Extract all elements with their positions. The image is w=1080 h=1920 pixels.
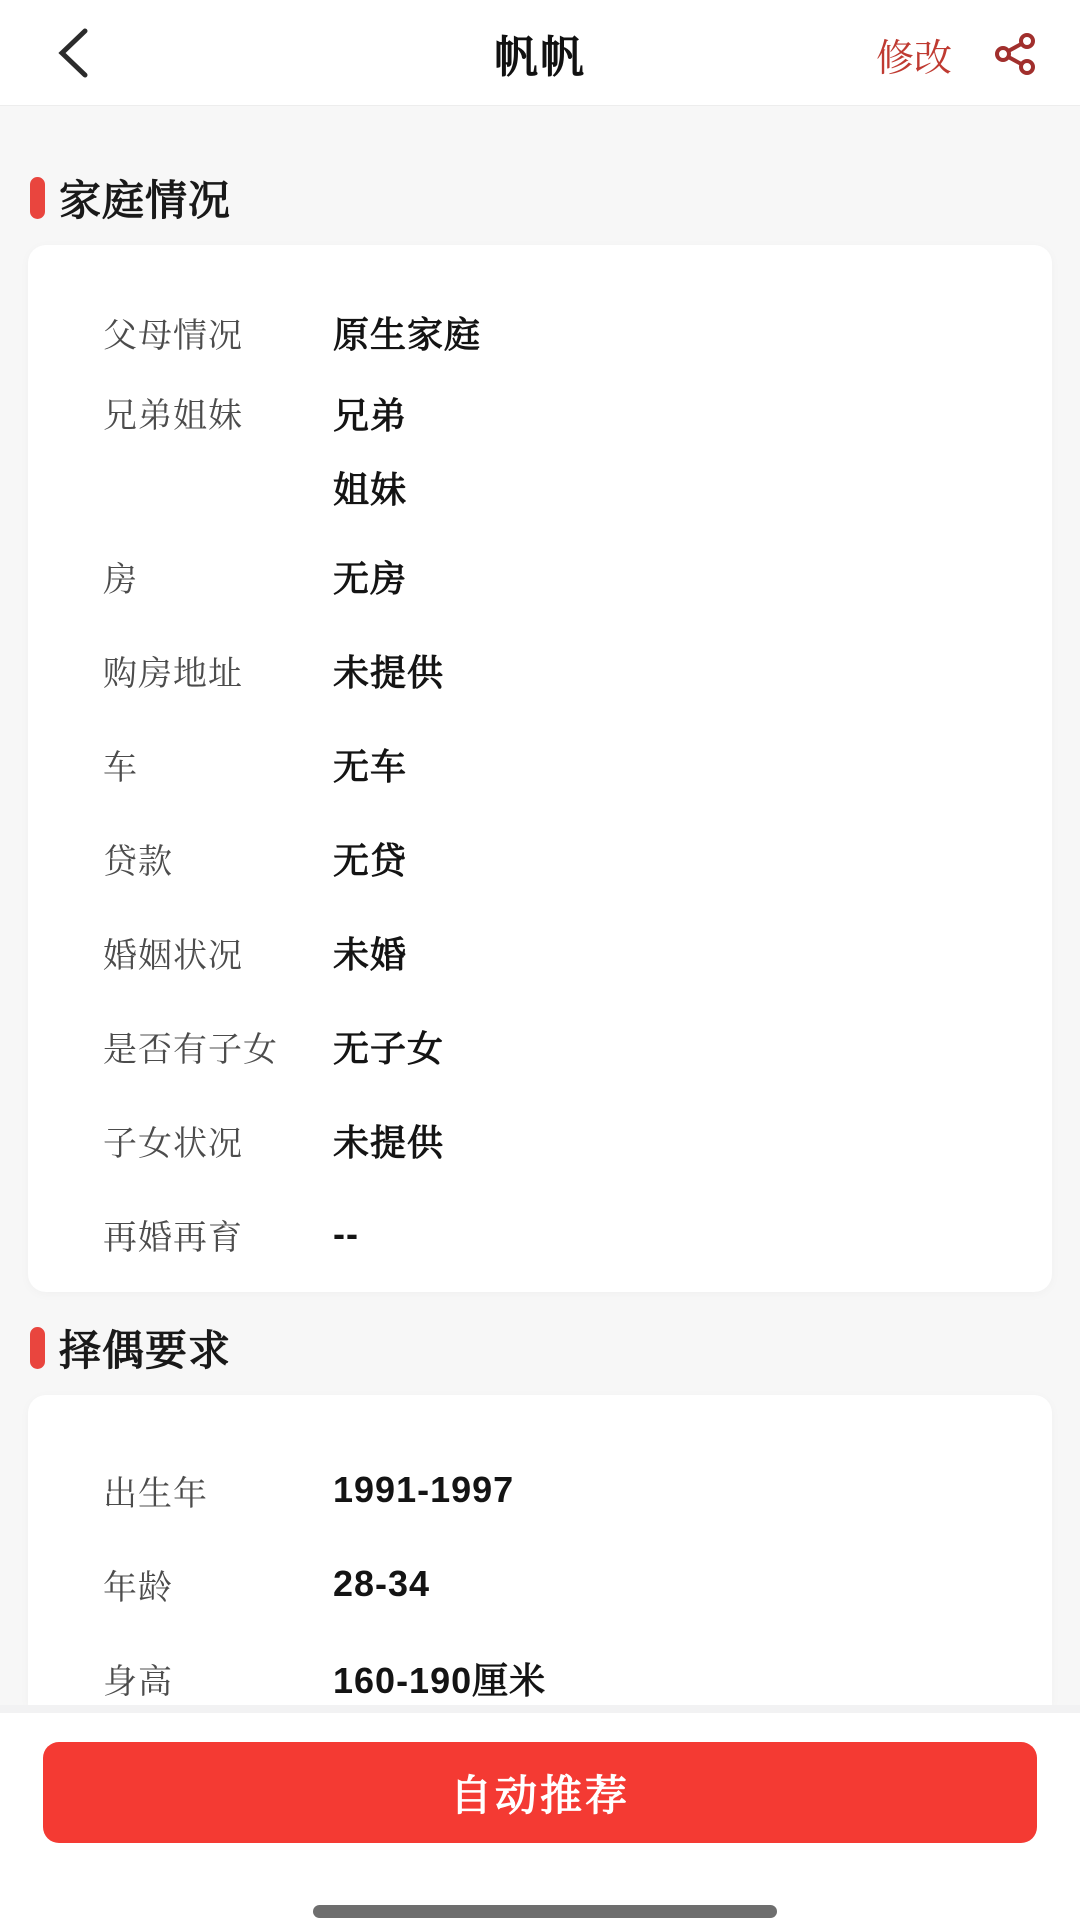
field-value: 1991-1997 [333,1469,514,1511]
info-row-car: 车 无车 [28,717,1052,811]
field-label: 车 [103,740,333,789]
info-row-house-address: 购房地址 未提供 [28,623,1052,717]
section-title: 家庭情况 [59,168,231,228]
info-row-birth-year: 出生年 1991-1997 [28,1443,1052,1537]
info-row-remarriage: 再婚再育 -- [28,1187,1052,1281]
info-row-has-children: 是否有子女 无子女 [28,999,1052,1093]
field-label: 婚姻状况 [103,928,333,977]
share-icon [992,30,1040,78]
info-row-marital-status: 婚姻状况 未婚 [28,905,1052,999]
field-value: 无车 [333,739,407,790]
info-row-age: 年龄 28-34 [28,1537,1052,1631]
field-value: 无房 [333,551,407,602]
field-label: 房 [103,552,333,601]
edit-button[interactable]: 修改 [870,26,958,82]
field-label: 贷款 [103,834,333,883]
field-value: 兄弟 姐妹 [333,379,407,527]
info-row-house: 房 无房 [28,529,1052,623]
field-label: 是否有子女 [103,1022,333,1071]
section-accent-bar [30,177,45,219]
field-label: 购房地址 [103,646,333,695]
field-value: 未婚 [333,927,407,978]
field-label: 子女状况 [103,1116,333,1165]
profile-detail-screen: 帆帆 修改 家庭情况 父母情况 原生家庭 兄弟姐妹 [0,0,1080,1920]
auto-recommend-button[interactable]: 自动推荐 [43,1742,1037,1843]
section-accent-bar [30,1327,45,1369]
section-title: 择偶要求 [59,1318,231,1378]
section-header-partner-requirements: 择偶要求 [30,1318,231,1378]
footer-bar: 自动推荐 [0,1713,1080,1920]
field-label: 兄弟姐妹 [103,379,333,453]
footer-divider [0,1705,1080,1713]
field-value: 无贷 [333,833,407,884]
home-indicator[interactable] [313,1905,777,1918]
partner-requirements-card: 出生年 1991-1997 年龄 28-34 身高 160-190厘米 [28,1395,1052,1705]
field-label: 年龄 [103,1560,333,1609]
field-value: 无子女 [333,1021,444,1072]
family-info-card: 父母情况 原生家庭 兄弟姐妹 兄弟 姐妹 房 无房 购房地址 未提供 车 无车 … [28,245,1052,1292]
share-button[interactable] [985,26,1047,82]
navbar: 帆帆 修改 [0,0,1080,105]
field-label: 身高 [103,1654,333,1703]
field-value: 原生家庭 [333,307,481,358]
field-value: 未提供 [333,645,444,696]
field-label: 再婚再育 [103,1210,333,1259]
field-label: 父母情况 [103,308,333,357]
field-value: -- [333,1213,359,1255]
info-row-height: 身高 160-190厘米 [28,1631,1052,1705]
info-row-children-status: 子女状况 未提供 [28,1093,1052,1187]
field-label: 出生年 [103,1466,333,1515]
section-header-family: 家庭情况 [30,168,231,228]
field-value-line: 兄弟 [333,379,407,453]
info-row-parents: 父母情况 原生家庭 [28,285,1052,379]
field-value-line: 姐妹 [333,453,407,527]
field-value: 160-190厘米 [333,1653,546,1704]
field-value: 未提供 [333,1115,444,1166]
info-row-loan: 贷款 无贷 [28,811,1052,905]
info-row-siblings: 兄弟姐妹 兄弟 姐妹 [28,379,1052,529]
field-value: 28-34 [333,1563,430,1605]
